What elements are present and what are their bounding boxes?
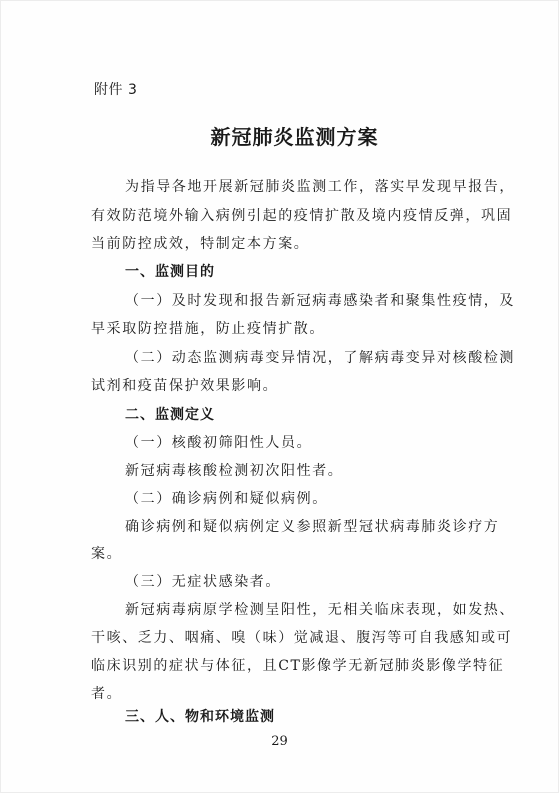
paragraph-line: （一）核酸初筛阳性人员。 bbox=[125, 432, 312, 452]
paragraph-line: 临床识别的症状与体征，且CT影像学无新冠肺炎影像学特征 bbox=[91, 655, 504, 675]
paragraph-line: 新冠病毒病原学检测呈阳性，无相关临床表现，如发热、 bbox=[125, 599, 515, 619]
paragraph-line: 为指导各地开展新冠肺炎监测工作，落实早发现早报告， bbox=[125, 176, 515, 196]
paragraph-line: （三）无症状感染者。 bbox=[125, 571, 281, 591]
paragraph-line: （二）确诊病例和疑似病例。 bbox=[125, 488, 328, 508]
document-title: 新冠肺炎监测方案 bbox=[1, 121, 558, 150]
paragraph-line: （二）动态监测病毒变异情况，了解病毒变异对核酸检测 bbox=[125, 347, 515, 367]
section-heading: 一、监测目的 bbox=[125, 261, 215, 281]
attachment-label: 附件 3 bbox=[94, 79, 137, 99]
paragraph-line: 确诊病例和疑似病例定义参照新型冠状病毒肺炎诊疗方 bbox=[125, 516, 499, 536]
paragraph-line: 早采取防控措施，防止疫情扩散。 bbox=[91, 318, 325, 338]
paragraph-line: 者。 bbox=[91, 683, 122, 703]
paragraph-line: 试剂和疫苗保护效果影响。 bbox=[91, 375, 278, 395]
paragraph-line: （一）及时发现和报告新冠病毒感染者和聚集性疫情，及 bbox=[125, 290, 515, 310]
paragraph-line: 干咳、乏力、咽痛、嗅（味）觉减退、腹泻等可自我感知或可 bbox=[91, 627, 512, 647]
section-heading: 三、人、物和环境监测 bbox=[125, 706, 275, 726]
paragraph-line: 新冠病毒核酸检测初次阳性者。 bbox=[125, 460, 343, 480]
paragraph-line: 当前防控成效，特制定本方案。 bbox=[91, 233, 309, 253]
paragraph-line: 案。 bbox=[91, 543, 122, 563]
paragraph-line: 有效防范境外输入病例引起的疫情扩散及境内疫情反弹，巩固 bbox=[91, 205, 512, 225]
section-heading: 二、监测定义 bbox=[125, 404, 215, 424]
page-number: 29 bbox=[1, 734, 558, 749]
